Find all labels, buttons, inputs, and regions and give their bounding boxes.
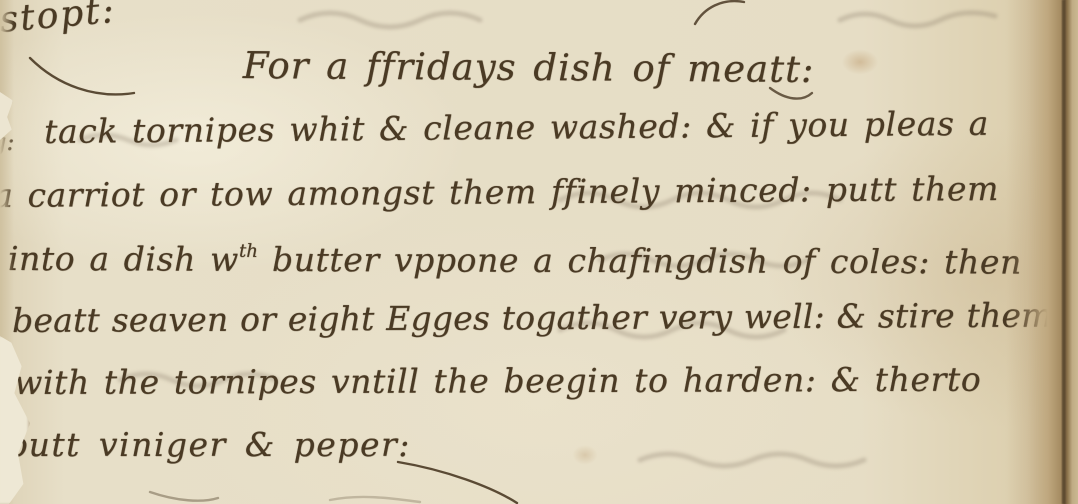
torn-paper-flap-bottom (0, 336, 30, 504)
previous-recipe-fragment: stopt: (0, 0, 117, 41)
recipe-line-6: putt viniger & peper: (6, 425, 411, 464)
recipe-line-3-post: butter vppone a chafingdish of coles: th… (258, 240, 1022, 282)
page-edge-gutter (1006, 0, 1078, 504)
gutter-crease-line (1062, 0, 1065, 504)
recipe-line-5: with the tornipes vntill the beegin to h… (14, 360, 981, 402)
recipe-title: For a ffridays dish of meatt: (243, 44, 815, 91)
recipe-line-1: tack tornipes whit & cleane washed: & if… (44, 104, 989, 151)
manuscript-page: stopt: g: For a ffridays dish of meatt: … (0, 0, 1078, 504)
recipe-line-3: into a dish wth butter vppone a chafingd… (8, 239, 1022, 282)
recipe-line-2: a carriot or tow amongst them ffinely mi… (0, 169, 999, 215)
recipe-line-3-pre: into a dish w (8, 239, 239, 279)
superscript-th: th (239, 241, 258, 262)
recipe-line-4: beatt seaven or eight Egges togather ver… (12, 296, 1053, 340)
